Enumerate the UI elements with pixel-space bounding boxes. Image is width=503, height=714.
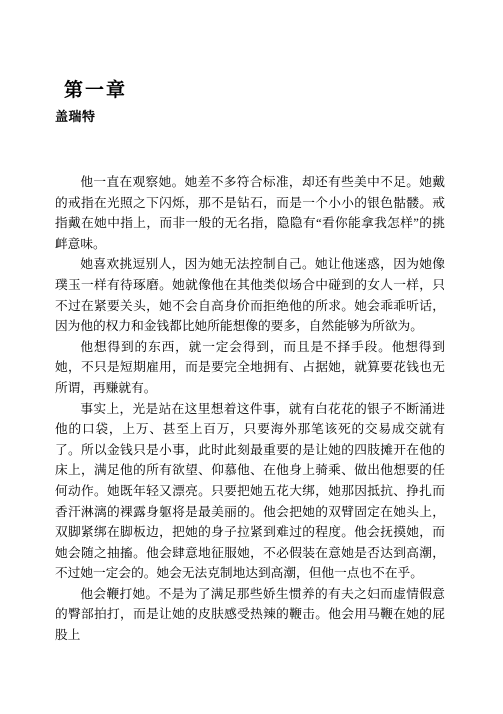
document-page: 第一章 盖瑞特 他一直在观察她。她差不多符合标准，却还有些美中不足。她戴的戒指在… xyxy=(0,0,503,714)
paragraph: 他一直在观察她。她差不多符合标准，却还有些美中不足。她戴的戒指在光照之下闪烁，那… xyxy=(55,172,445,254)
paragraph: 他会鞭打她。不是为了满足那些娇生惯养的有夫之妇而虚情假意的臀部拍打，而是让她的皮… xyxy=(55,584,445,646)
chapter-title: 第一章 xyxy=(55,80,445,102)
section-subtitle: 盖瑞特 xyxy=(55,109,445,124)
paragraph: 事实上，光是站在这里想着这件事，就有白花花的银子不断涌进他的口袋，上万、甚至上百… xyxy=(55,399,445,584)
paragraph: 她喜欢挑逗别人，因为她无法控制自己。她让他迷惑，因为她像璞玉一样有待琢磨。她就像… xyxy=(55,254,445,336)
paragraph: 他想得到的东西，就一定会得到，而且是不择手段。他想得到她，不只是短期雇用，而是要… xyxy=(55,337,445,399)
body-text: 他一直在观察她。她差不多符合标准，却还有些美中不足。她戴的戒指在光照之下闪烁，那… xyxy=(55,172,445,646)
